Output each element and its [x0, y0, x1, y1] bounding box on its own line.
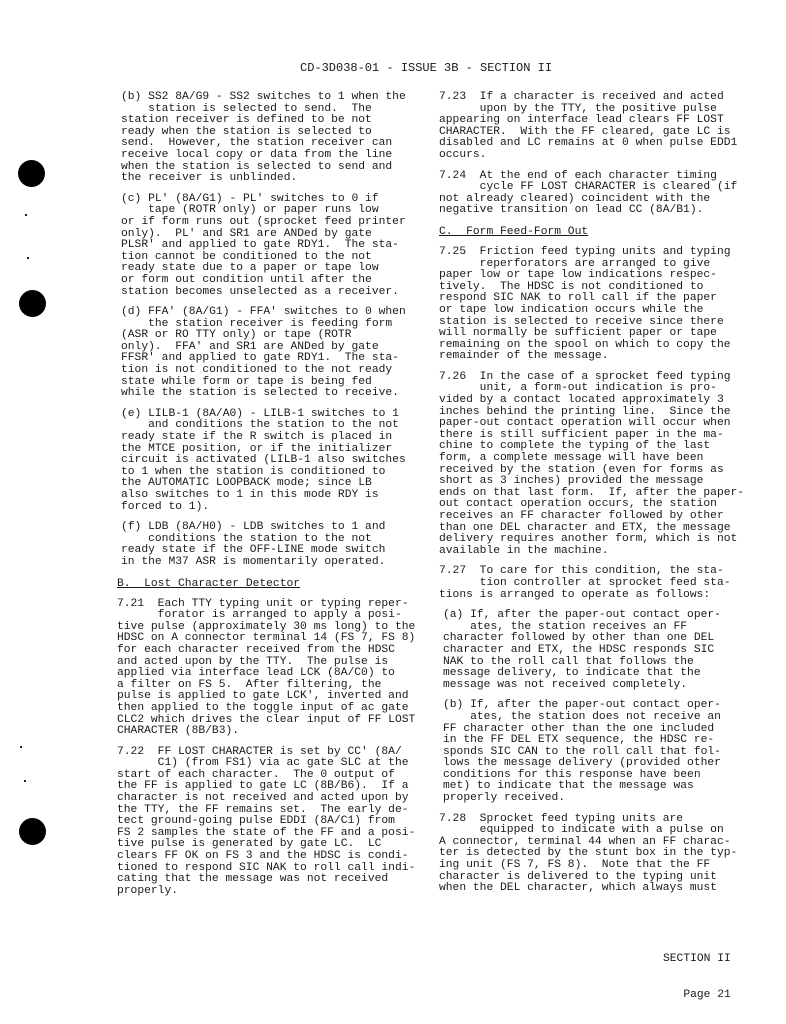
text-line: or form out condition until after the [121, 275, 422, 287]
paragraph: (e) LILB-1 (8A/A0) - LILB-1 switches to … [121, 409, 422, 513]
text-line: also switches to 1 in this mode RDY is [121, 490, 422, 502]
text-line: ready state if the R switch is placed in [121, 432, 422, 444]
paragraph: 7.23 If a character is received and acte… [439, 92, 754, 162]
text-line: station becomes unselected as a receiver… [121, 287, 422, 299]
text-line: tion is not conditioned to the not ready [121, 365, 422, 377]
section-heading: B. Lost Character Detector [117, 578, 422, 590]
footer-section: SECTION II [663, 953, 731, 965]
text-line: while the station is selected to receive… [121, 388, 422, 400]
section-heading-text: Lost Character Detector [144, 578, 300, 590]
binder-hole-3 [19, 818, 46, 845]
text-line: remainder of the message. [439, 351, 754, 363]
text-line: tions is arranged to operate as follows: [439, 590, 754, 602]
left-column: (b) SS2 8A/G9 - SS2 switches to 1 when t… [117, 92, 422, 906]
text-line: forced to 1). [121, 502, 422, 514]
paragraph: (c) PL' (8A/G1) - PL' switches to 0 if t… [121, 194, 422, 298]
text-line: character and ETX, the HDSC responds SIC [443, 645, 754, 657]
document-page: CD-3D038-01 - ISSUE 3B - SECTION II (b) … [0, 0, 786, 1024]
paragraph: 7.28 Sprocket feed typing units are equi… [439, 814, 754, 895]
text-line: character is not received and acted upon… [117, 793, 422, 805]
scan-speck [24, 780, 26, 782]
text-line: in the FF DEL ETX sequence, the HDSC re- [443, 735, 754, 747]
text-line: clears FF OK on FS 3 and the HDSC is con… [117, 851, 422, 863]
text-line: or if form runs out (sprocket feed print… [121, 217, 422, 229]
binder-hole-1 [18, 160, 45, 187]
text-line: paper low or tape low indications respec… [439, 270, 754, 282]
text-line: (d) FFA' (8A/G1) - FFA' switches to 0 wh… [121, 307, 422, 319]
right-column: 7.23 If a character is received and acte… [439, 92, 754, 904]
paragraph: 7.21 Each TTY typing unit or typing repe… [117, 599, 422, 738]
text-line: will normally be sufficient paper or tap… [439, 328, 754, 340]
paragraph: (d) FFA' (8A/G1) - FFA' switches to 0 wh… [121, 307, 422, 400]
text-line: in the M37 ASR is momentarily operated. [121, 557, 422, 569]
text-line: the receiver is unblinded. [121, 173, 422, 185]
text-line: applied via interface lead LCK (8A/C0) t… [117, 668, 422, 680]
text-line: ates, the station does not receive an [443, 712, 754, 724]
text-line: negative transition on lead CC (8A/B1). [439, 205, 754, 217]
paragraph: (a) If, after the paper-out contact oper… [443, 610, 754, 691]
section-heading-text: C. Form Feed-Form Out [439, 226, 588, 238]
text-line: 7.23 If a character is received and acte… [439, 92, 754, 104]
paragraph: 7.26 In the case of a sprocket feed typi… [439, 372, 754, 558]
paragraph: (b) If, after the paper-out contact oper… [443, 700, 754, 804]
text-line: occurs. [439, 150, 754, 162]
text-line: tion controller at sprocket feed sta- [439, 578, 754, 590]
scan-speck [20, 746, 22, 748]
text-line: PLSR' and applied to gate RDY1. The sta- [121, 240, 422, 252]
text-line: message was not received completely. [443, 680, 754, 692]
section-heading: C. Form Feed-Form Out [439, 226, 754, 238]
paragraph: 7.24 At the end of each character timing… [439, 171, 754, 217]
text-line: disabled and LC remains at 0 when pulse … [439, 138, 754, 150]
text-line: for each character received from the HDS… [117, 645, 422, 657]
text-line: cycle FF LOST CHARACTER is cleared (if [439, 182, 754, 194]
text-line: available in the machine. [439, 546, 754, 558]
section-heading-prefix: B. [117, 578, 144, 590]
text-line: or tape low indication occurs while the [439, 305, 754, 317]
text-line: message delivery, to indicate that the [443, 668, 754, 680]
text-line: form, a complete message will have been [439, 453, 754, 465]
text-line: when the DEL character, which always mus… [439, 883, 754, 895]
text-line: CHARACTER (8B/B3). [117, 726, 422, 738]
text-line: forator is arranged to apply a posi- [117, 610, 422, 622]
footer-page-number: Page 21 [663, 989, 731, 1001]
text-line: (a) If, after the paper-out contact oper… [443, 610, 754, 622]
paragraph: 7.22 FF LOST CHARACTER is set by CC' (8A… [117, 747, 422, 898]
paragraph: 7.25 Friction feed typing units and typi… [439, 247, 754, 363]
text-line: vided by a contact located approximately… [439, 395, 754, 407]
text-line: then applied to the toggle input of ac g… [117, 703, 422, 715]
page-footer: SECTION II Page 21 [663, 929, 731, 1024]
paragraph: 7.27 To care for this condition, the sta… [439, 566, 754, 601]
text-line: ing unit (FS 7, FS 8). Note that the FF [439, 860, 754, 872]
scan-speck [27, 257, 29, 259]
binder-hole-2 [19, 290, 46, 317]
text-line: receive local copy or data from the line [121, 150, 422, 162]
scan-speck [25, 214, 27, 216]
text-line: receives an FF character followed by oth… [439, 511, 754, 523]
text-line: 7.25 Friction feed typing units and typi… [439, 247, 754, 259]
text-line: properly received. [443, 793, 754, 805]
text-line: properly. [117, 886, 422, 898]
paragraph: (f) LDB (8A/H0) - LDB switches to 1 and … [121, 522, 422, 568]
document-header: CD-3D038-01 - ISSUE 3B - SECTION II [300, 61, 552, 75]
paragraph: (b) SS2 8A/G9 - SS2 switches to 1 when t… [121, 92, 422, 185]
text-line: (b) SS2 8A/G9 - SS2 switches to 1 when t… [121, 92, 422, 104]
